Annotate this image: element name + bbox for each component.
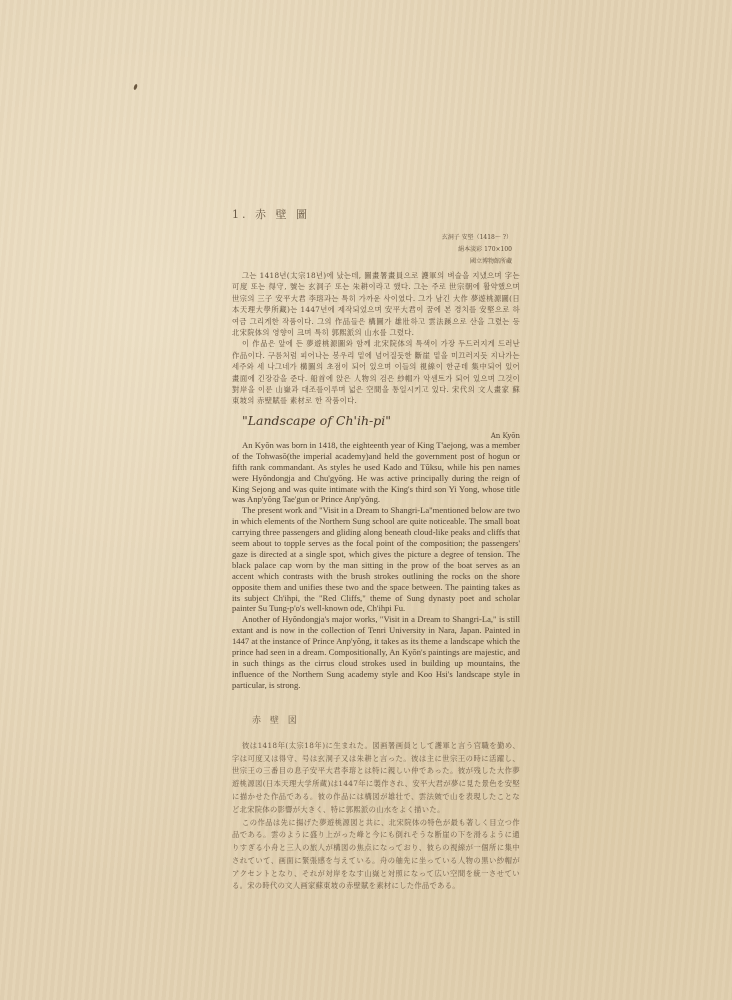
artwork-credits: 玄洞子 安堅（1418～ ?） 絹本淡彩 170×100 國立博物館所藏 bbox=[232, 232, 512, 268]
section-number: 1. bbox=[232, 208, 249, 221]
japanese-paragraph: この作品は先に揚げた夢遊桃源図と共に、北宋院体の特色が最も著しく目立つ作品である… bbox=[232, 817, 520, 894]
japanese-paragraph: 彼は1418年(太宗18年)に生まれた。図画署画員として護軍と言う官職を勤め、字… bbox=[232, 740, 520, 817]
english-text: An Kyŏn was born in 1418, the eighteenth… bbox=[232, 440, 520, 691]
korean-paragraph: 이 作品은 앞에 든 夢遊桃源圖와 함께 北宋院体의 특색이 가장 두드러지게 … bbox=[232, 338, 520, 406]
credit-medium: 絹本淡彩 170×100 bbox=[232, 244, 512, 256]
english-author: An Kyŏn bbox=[232, 432, 520, 440]
japanese-title: 赤 壁 図 bbox=[252, 713, 520, 726]
english-paragraph: The present work and "Visit in a Dream t… bbox=[232, 505, 520, 614]
japanese-text: 彼は1418年(太宗18年)に生まれた。図画署画員として護軍と言う官職を勤め、字… bbox=[232, 740, 520, 894]
credit-collection: 國立博物館所藏 bbox=[232, 256, 512, 268]
section-title: 赤 壁 圖 bbox=[255, 208, 310, 221]
paper-speck bbox=[133, 84, 138, 91]
english-paragraph: Another of Hyŏndongja's major works, "Vi… bbox=[232, 614, 520, 690]
document-page: 1. 赤 壁 圖 玄洞子 安堅（1418～ ?） 絹本淡彩 170×100 國立… bbox=[232, 206, 520, 893]
korean-text: 그는 1418년(太宗18년)에 났는데, 圖畫署畫員으로 護軍의 벼슬을 지냈… bbox=[232, 270, 520, 407]
credit-artist: 玄洞子 安堅（1418～ ?） bbox=[232, 232, 512, 244]
english-title: "Landscape of Ch'ih-pi" bbox=[242, 413, 520, 428]
korean-paragraph: 그는 1418년(太宗18년)에 났는데, 圖畫署畫員으로 護軍의 벼슬을 지냈… bbox=[232, 270, 520, 338]
section-heading: 1. 赤 壁 圖 bbox=[232, 206, 520, 222]
english-paragraph: An Kyŏn was born in 1418, the eighteenth… bbox=[232, 440, 520, 505]
